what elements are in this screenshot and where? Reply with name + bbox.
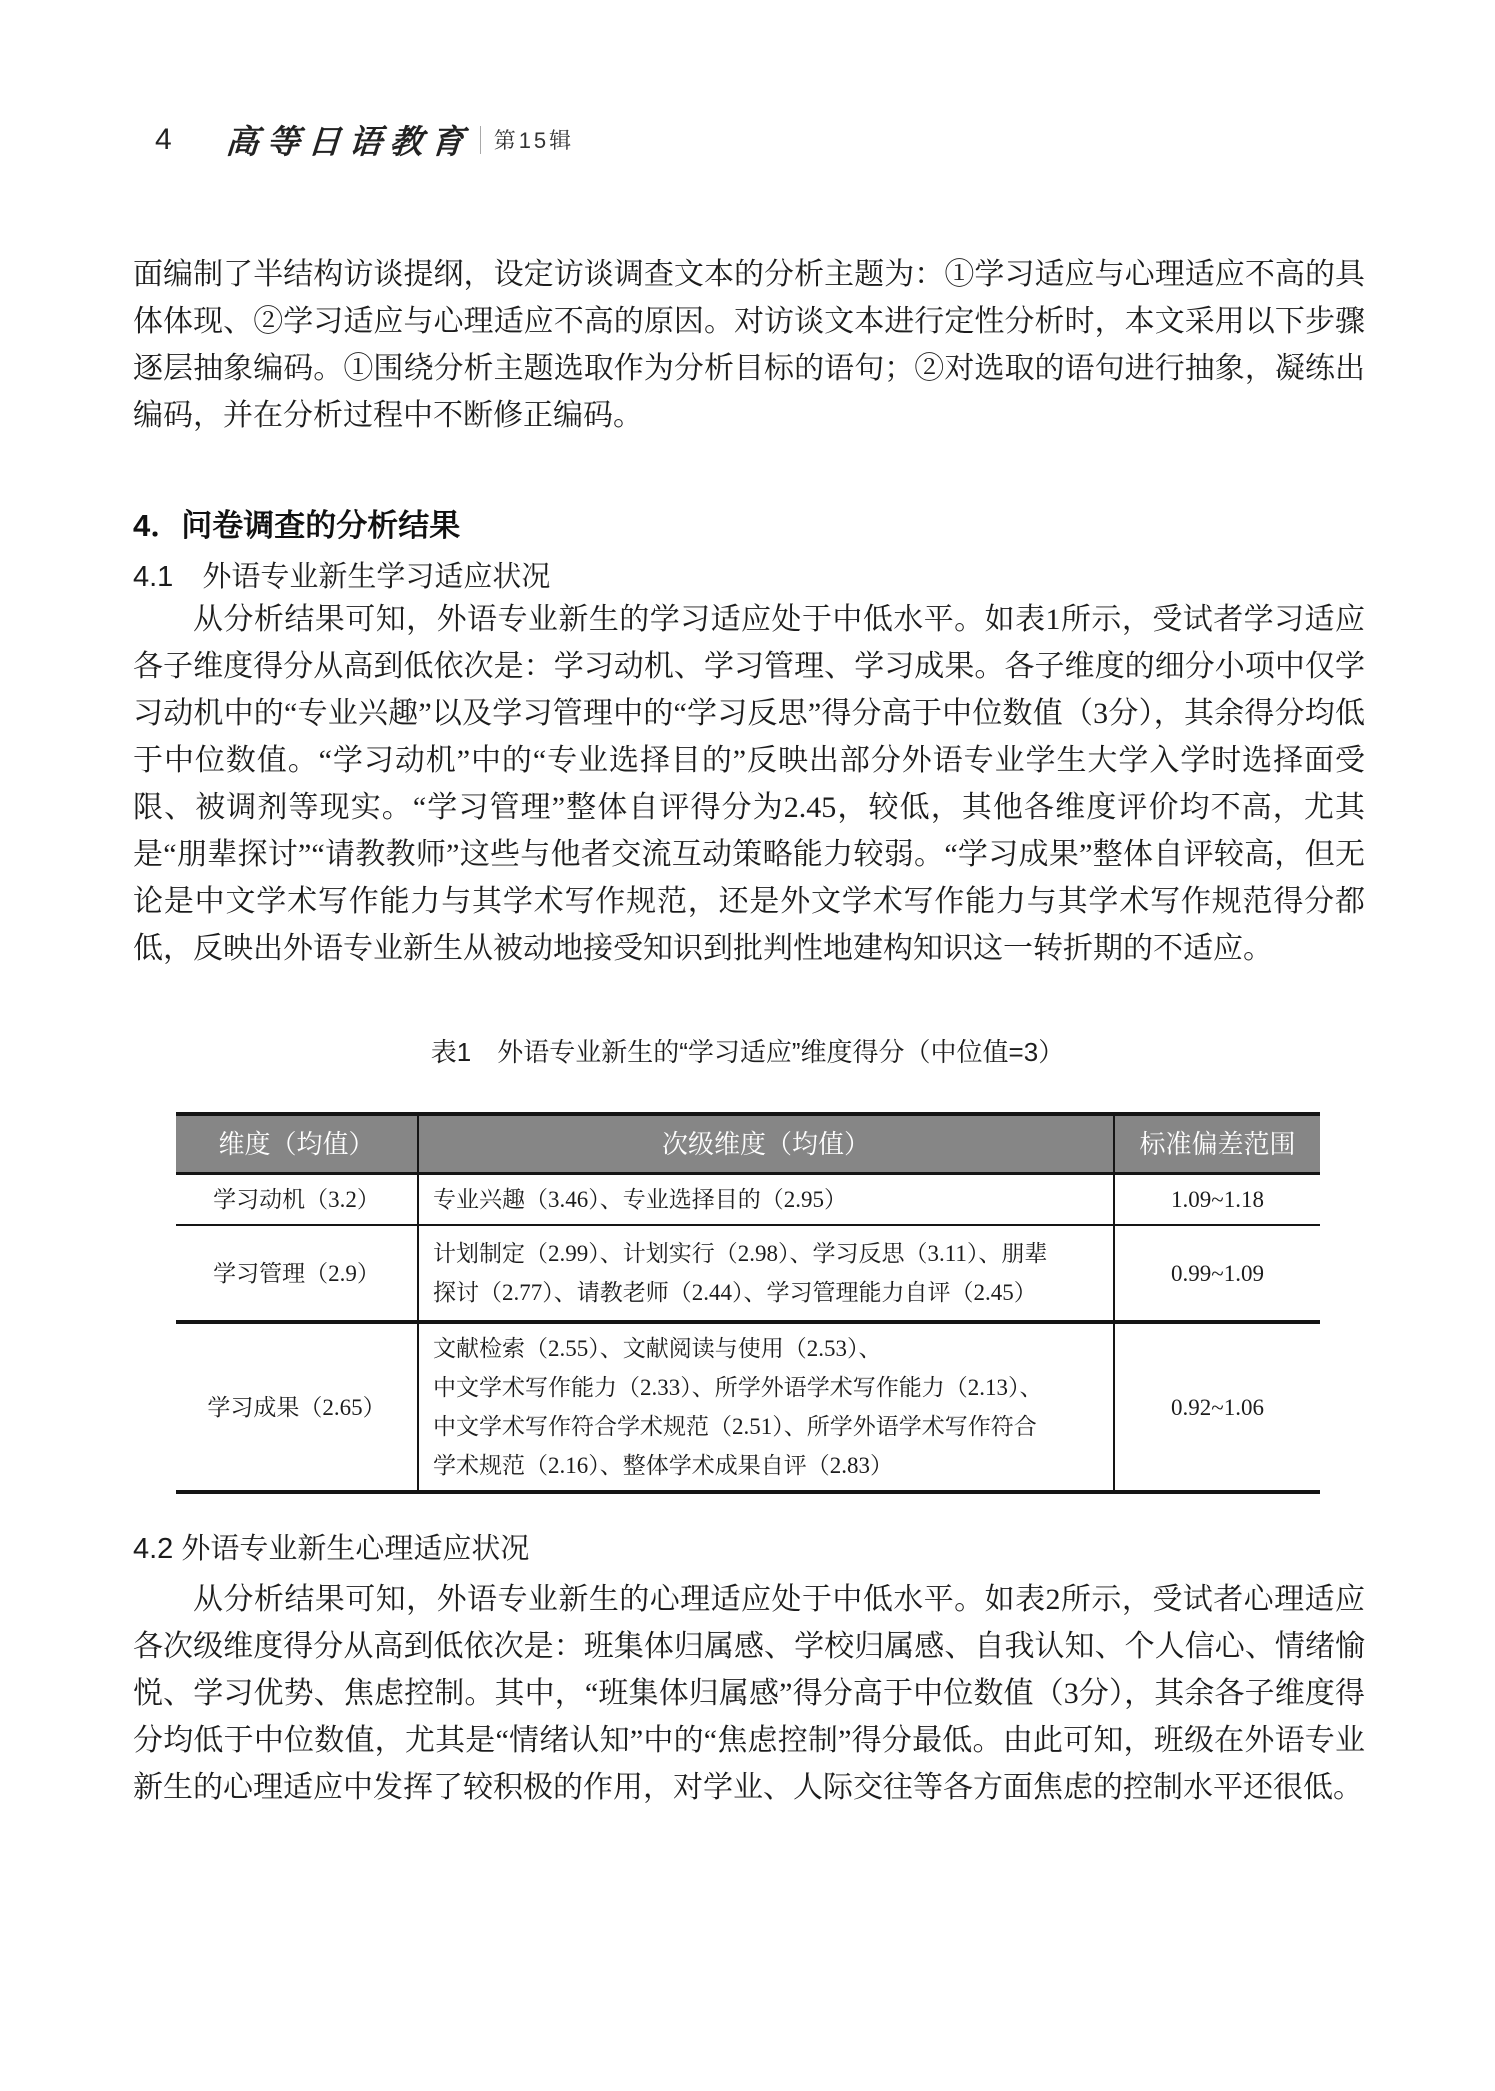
table-caption: 表1 外语专业新生的“学习适应”维度得分（中位值=3） <box>0 1032 1495 1069</box>
sd-range-cell: 1.09~1.18 <box>1115 1175 1320 1224</box>
journal-title: 高等日语教育 <box>224 116 473 163</box>
subdimension-cell: 专业兴趣（3.46）、专业选择目的（2.95） <box>417 1175 1115 1224</box>
subsection-4-2-heading: 4.2 外语专业新生心理适应状况 <box>133 1526 529 1567</box>
dimension-cell: 学习成果（2.65） <box>176 1324 417 1490</box>
running-head: 4 高等日语教育 第15辑 <box>155 116 574 163</box>
dimension-cell: 学习动机（3.2） <box>176 1175 417 1224</box>
paper-page: 4 高等日语教育 第15辑 面编制了半结构访谈提纲，设定访谈调查文本的分析主题为… <box>0 0 1495 2091</box>
subdimension-cell: 计划制定（2.99）、计划实行（2.98）、学习反思（3.11）、朋辈 探讨（2… <box>417 1226 1115 1320</box>
table-1: 维度（均值） 次级维度（均值） 标准偏差范围 学习动机（3.2） 专业兴趣（3.… <box>176 1112 1320 1494</box>
table-row: 学习成果（2.65） 文献检索（2.55）、文献阅读与使用（2.53）、 中文学… <box>176 1324 1320 1490</box>
page-number: 4 <box>155 123 172 157</box>
column-header-sd-range: 标准偏差范围 <box>1115 1116 1320 1172</box>
dimension-cell: 学习管理（2.9） <box>176 1226 417 1320</box>
sd-range-cell: 0.92~1.06 <box>1115 1324 1320 1490</box>
subsection-4-1-heading: 4.1 外语专业新生学习适应状况 <box>133 554 550 595</box>
subsection-4-1-paragraph: 从分析结果可知，外语专业新生的学习适应处于中低水平。如表1所示，受试者学习适应各… <box>133 596 1365 972</box>
subdimension-text: 文献检索（2.55）、文献阅读与使用（2.53）、 中文学术写作能力（2.33）… <box>433 1329 1043 1485</box>
table-row: 学习动机（3.2） 专业兴趣（3.46）、专业选择目的（2.95） 1.09~1… <box>176 1175 1320 1226</box>
sd-range-cell: 0.99~1.09 <box>1115 1226 1320 1320</box>
column-header-subdimension: 次级维度（均值） <box>417 1116 1115 1172</box>
subdimension-cell: 文献检索（2.55）、文献阅读与使用（2.53）、 中文学术写作能力（2.33）… <box>417 1324 1115 1490</box>
issue-number: 第15辑 <box>494 124 574 155</box>
subsection-4-2-paragraph: 从分析结果可知，外语专业新生的心理适应处于中低水平。如表2所示，受试者心理适应各… <box>133 1576 1365 1811</box>
column-header-dimension: 维度（均值） <box>176 1116 417 1172</box>
header-divider <box>480 126 481 154</box>
intro-paragraph: 面编制了半结构访谈提纲，设定访谈调查文本的分析主题为：①学习适应与心理适应不高的… <box>133 251 1365 439</box>
subdimension-text: 专业兴趣（3.46）、专业选择目的（2.95） <box>433 1180 847 1219</box>
table-row: 学习管理（2.9） 计划制定（2.99）、计划实行（2.98）、学习反思（3.1… <box>176 1226 1320 1324</box>
subdimension-text: 计划制定（2.99）、计划实行（2.98）、学习反思（3.11）、朋辈 探讨（2… <box>433 1234 1047 1312</box>
table-header-row: 维度（均值） 次级维度（均值） 标准偏差范围 <box>176 1116 1320 1175</box>
section-heading: 4．问卷调查的分析结果 <box>133 500 460 545</box>
